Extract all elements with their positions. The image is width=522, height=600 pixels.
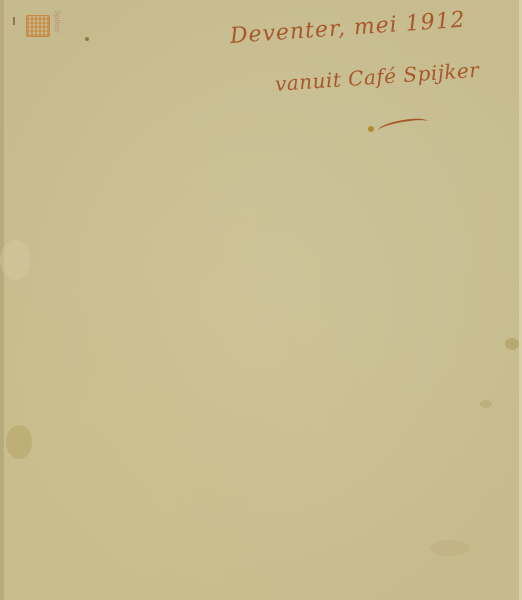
paper-stain — [430, 540, 470, 556]
paper-stain — [505, 338, 519, 350]
signature-flourish — [377, 116, 428, 137]
paper-stain — [480, 400, 492, 408]
inscription-line-1: Deventer, mei 1912 — [229, 8, 466, 49]
collector-stamp-icon — [26, 15, 50, 37]
pencil-mark — [13, 17, 15, 25]
paper-sheet: Spiker Deventer, mei 1912 vanuit Café Sp… — [0, 0, 522, 600]
paper-left-edge — [0, 0, 4, 600]
inscription-line-2: vanuit Café Spijker — [274, 58, 480, 96]
ink-dot — [368, 126, 374, 132]
ink-speck — [85, 37, 89, 41]
paper-stain — [0, 240, 30, 280]
stamp-side-text: Spiker — [53, 10, 61, 33]
paper-stain — [6, 425, 32, 459]
